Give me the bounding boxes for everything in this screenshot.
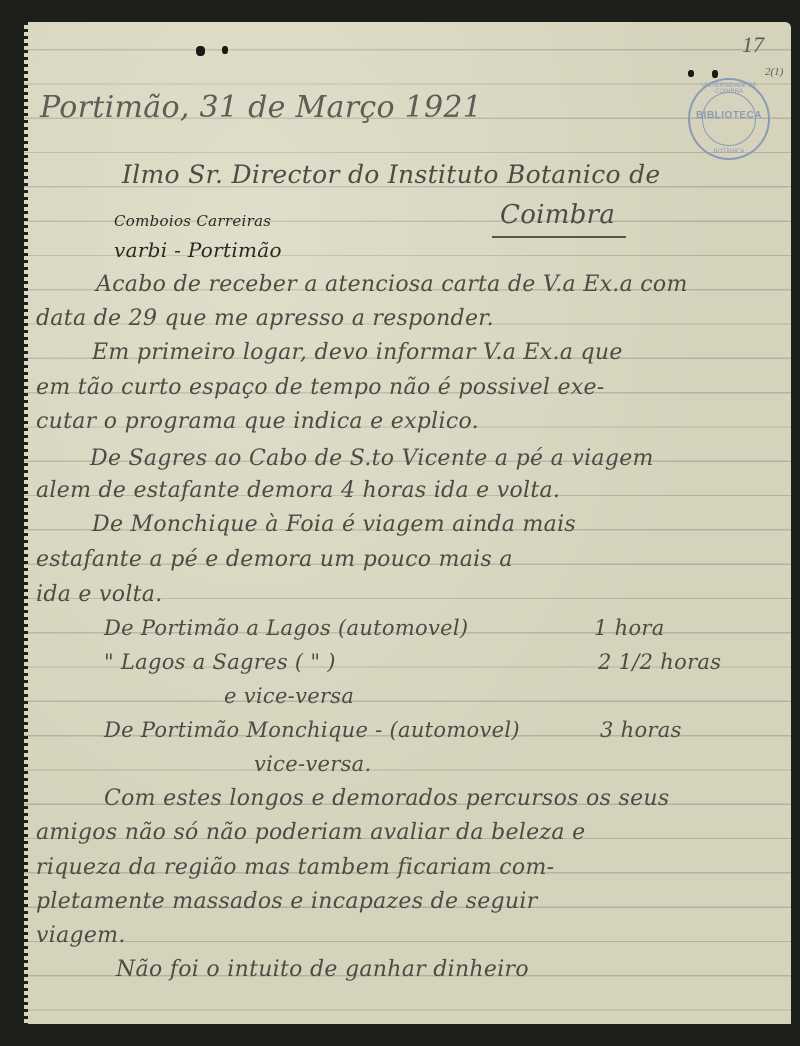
body-line: em tão curto espaço de tempo não é possi… <box>36 375 605 400</box>
itinerary-route: e vice-versa <box>224 684 354 708</box>
folio-number: 17 <box>742 32 764 58</box>
perforated-edge <box>24 22 28 1024</box>
salutation: Ilmo Sr. Director do Instituto Botanico … <box>122 160 661 189</box>
itinerary-time: 2 1/2 horas <box>598 650 721 674</box>
body-line: Acabo de receber a atenciosa carta de V.… <box>96 272 688 297</box>
body-line: viagem. <box>36 923 126 948</box>
stamp-bottom-text: BOTÂNICA <box>690 149 768 155</box>
stamp-center-text: BIBLIOTECA <box>690 110 768 121</box>
body-line: alem de estafante demora 4 horas ida e v… <box>36 478 560 503</box>
punch-hole <box>712 70 718 78</box>
body-line: data de 29 que me apresso a responder. <box>36 306 494 331</box>
itinerary-time: 3 horas <box>600 718 682 742</box>
itinerary-route: De Portimão a Lagos (automovel) <box>104 616 468 640</box>
sender-line-2: varbi - Portimão <box>114 238 282 262</box>
punch-hole <box>688 70 694 77</box>
stamp-top-text: UNIVERSIDADE DE COIMBRA <box>690 83 768 95</box>
itinerary-route: De Portimão Monchique - (automovel) <box>104 718 520 742</box>
body-line: cutar o programa que indica e explico. <box>36 409 479 434</box>
body-line: ida e volta. <box>36 582 163 607</box>
body-line: De Monchique à Foia é viagem ainda mais <box>92 512 576 537</box>
body-line: amigos não só não poderiam avaliar da be… <box>36 820 585 845</box>
body-line: De Sagres ao Cabo de S.to Vicente a pé a… <box>90 446 654 471</box>
itinerary-time: 1 hora <box>594 616 665 640</box>
itinerary-route: vice-versa. <box>254 752 371 776</box>
body-line: Em primeiro logar, devo informar V.a Ex.… <box>92 340 623 365</box>
itinerary-route: " Lagos a Sagres ( " ) <box>104 650 336 674</box>
folio-sub: 2(1) <box>765 66 783 78</box>
sender-line-1: Comboios Carreiras <box>114 212 271 230</box>
city-underline <box>492 236 626 238</box>
punch-hole <box>196 46 205 56</box>
body-line: riqueza da região mas tambem ficariam co… <box>36 855 554 880</box>
dateline: Portimão, 31 de Março 1921 <box>40 90 482 125</box>
body-line: pletamente massados e incapazes de segui… <box>36 889 538 914</box>
body-line: Não foi o intuito de ganhar dinheiro <box>116 957 529 982</box>
body-line: estafante a pé e demora um pouco mais a <box>36 547 513 572</box>
library-stamp: UNIVERSIDADE DE COIMBRA BIBLIOTECA BOTÂN… <box>688 78 770 160</box>
body-line: Com estes longos e demorados percursos o… <box>104 786 669 811</box>
salutation-city: Coimbra <box>500 200 615 230</box>
punch-hole <box>222 46 228 54</box>
